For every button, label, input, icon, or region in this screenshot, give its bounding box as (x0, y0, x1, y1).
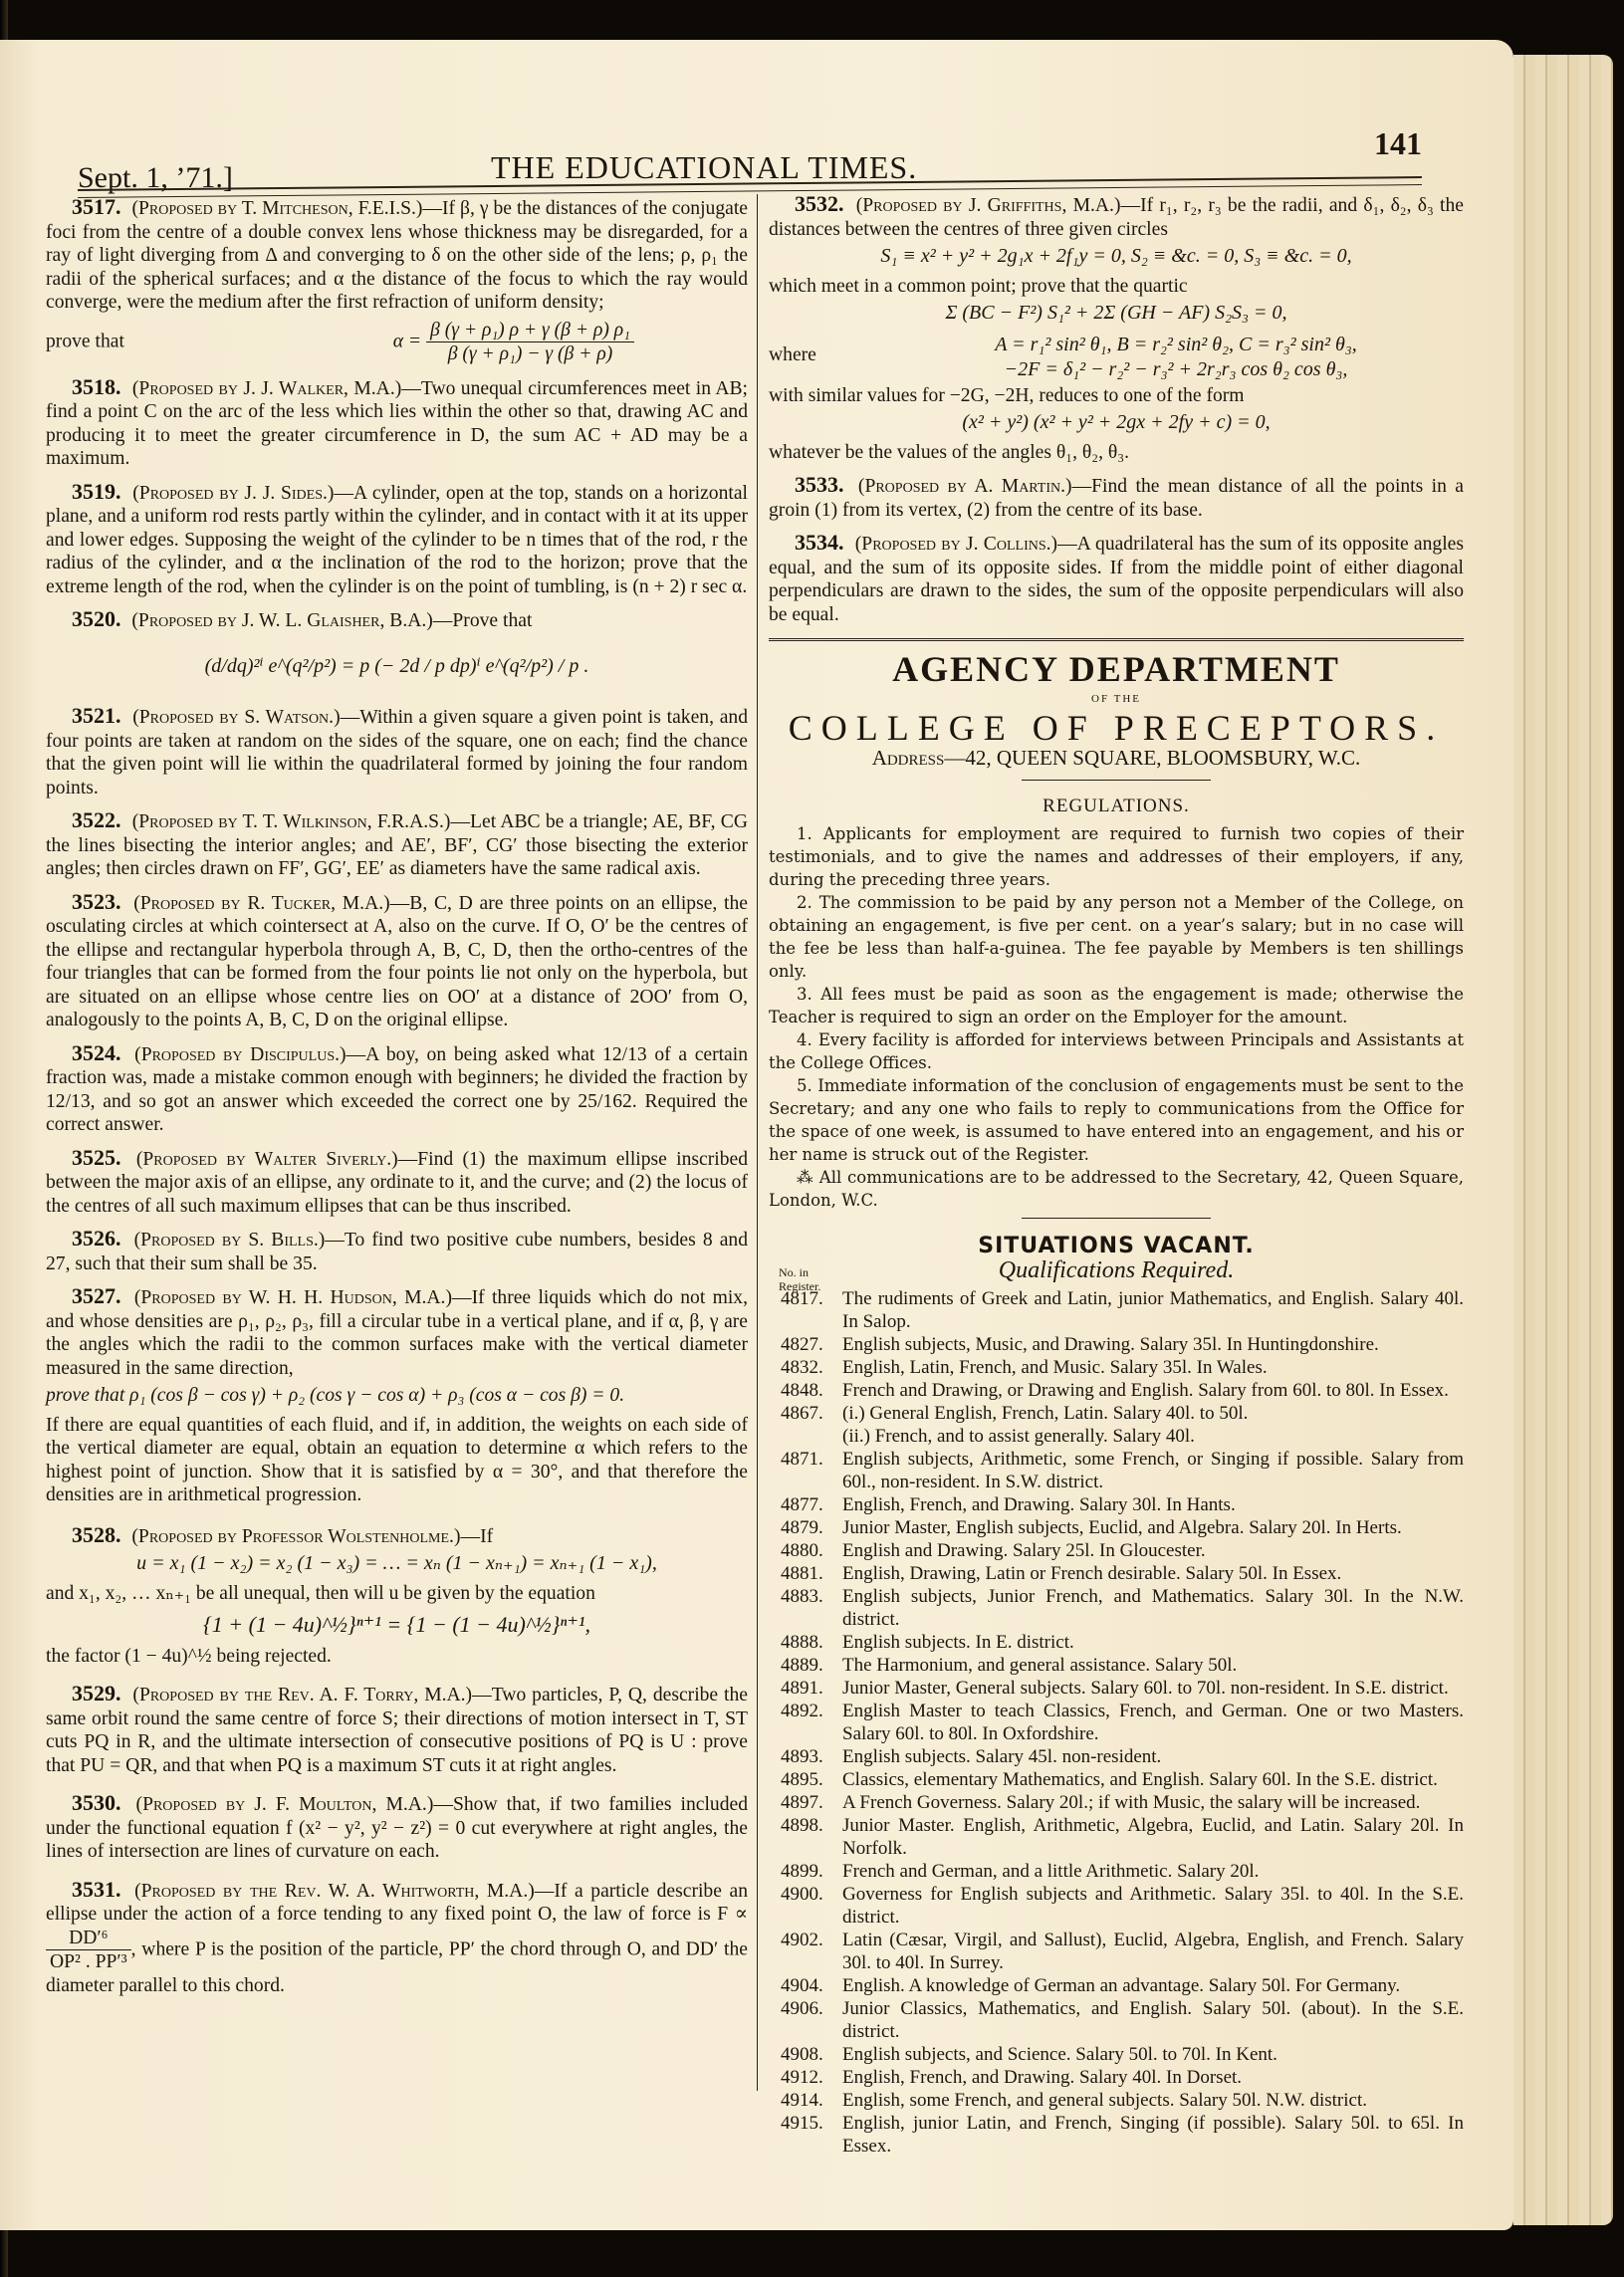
register-number: 4871. (769, 1448, 842, 1493)
problem-text: —Prove that (433, 610, 533, 631)
situation-description: Classics, elementary Mathematics, and En… (842, 1768, 1464, 1791)
register-number: 4888. (769, 1631, 842, 1654)
problem-number: 3519. (72, 479, 121, 504)
situation-text: English, junior Latin, and French, Singi… (842, 2112, 1464, 2158)
situation-row: 4914.English, some French, and general s… (769, 2089, 1464, 2112)
problem-number: 3534. (795, 530, 844, 555)
problem-3532: 3532. (Proposed by J. Griffiths, M.A.)—I… (769, 192, 1464, 464)
register-number: 4880. (769, 1539, 842, 1562)
situation-description: English subjects, Junior French, and Mat… (842, 1585, 1464, 1631)
problem-number: 3525. (72, 1145, 121, 1170)
situation-description: English, Drawing, Latin or French desira… (842, 1562, 1464, 1585)
regulation-4: 4. Every facility is afforded for interv… (769, 1028, 1464, 1074)
situation-row: 4879.Junior Master, English subjects, Eu… (769, 1516, 1464, 1539)
register-number: 4904. (769, 1974, 842, 1997)
proposer: (Proposed by Professor Wolstenholme.) (131, 1526, 460, 1547)
fraction: β (γ + ρ₁) ρ + γ (β + ρ) ρ₁ β (γ + ρ₁) −… (426, 319, 634, 366)
problem-text: —If (460, 1526, 493, 1547)
fraction-numerator: β (γ + ρ₁) ρ + γ (β + ρ) ρ₁ (426, 319, 634, 343)
situation-text: English and Drawing. Salary 25l. In Glou… (842, 1539, 1464, 1562)
situation-description: French and Drawing, or Drawing and Engli… (842, 1379, 1464, 1402)
regulation-1: 1. Applicants for employment are require… (769, 822, 1464, 891)
register-number: 4877. (769, 1493, 842, 1516)
problem-number: 3532. (795, 191, 844, 216)
page-header: Sept. 1, ’71.] THE EDUCATIONAL TIMES. 14… (78, 119, 1422, 179)
situation-row: 4877.English, French, and Drawing. Salar… (769, 1493, 1464, 1516)
situations-title: SITUATIONS VACANT. (769, 1235, 1464, 1258)
register-number: 4912. (769, 2066, 842, 2089)
regulation-2: 2. The commission to be paid by any pers… (769, 891, 1464, 983)
register-number: 4899. (769, 1860, 842, 1883)
where-block: where A = r₁² sin² θ₁, B = r₂² sin² θ₂, … (769, 332, 1464, 384)
qualifications-title: Qualifications Required. (769, 1257, 1464, 1283)
address-value: —42, QUEEN SQUARE, BLOOMSBURY, W.C. (944, 746, 1360, 770)
situation-row: 4908.English subjects, and Science. Sala… (769, 2043, 1464, 2066)
problem-3522: 3522. (Proposed by T. T. Wilkinson, F.R.… (46, 808, 748, 881)
problem-3517: 3517. (Proposed by T. Mitcheson, F.E.I.S… (46, 195, 748, 366)
situation-row: 4889.The Harmonium, and general assistan… (769, 1654, 1464, 1677)
problem-text-continued: , where P is the position of the particl… (46, 1938, 748, 1996)
problem-3528: 3528. (Proposed by Professor Wolstenholm… (46, 1523, 748, 1669)
register-label-line-1: No. in (779, 1265, 820, 1279)
situation-description: The Harmonium, and general assistance. S… (842, 1654, 1464, 1677)
register-number: 4817. (769, 1287, 842, 1333)
register-number: 4902. (769, 1929, 842, 1974)
problem-3524: 3524. (Proposed by Discipulus.)—A boy, o… (46, 1041, 748, 1137)
situation-description: English subjects. Salary 45l. non-reside… (842, 1745, 1464, 1768)
situation-description: Junior Master. English, Arithmetic, Alge… (842, 1814, 1464, 1860)
situation-description: English subjects, and Science. Salary 50… (842, 2043, 1464, 2066)
problem-text-continued: If there are equal quantities of each fl… (46, 1414, 748, 1507)
situation-description: English, Latin, French, and Music. Salar… (842, 1356, 1464, 1379)
situation-description: English Master to teach Classics, French… (842, 1700, 1464, 1745)
situation-row: 4895.Classics, elementary Mathematics, a… (769, 1768, 1464, 1791)
where-label: where (769, 332, 888, 384)
situations-vacant-section: SITUATIONS VACANT. No. in Register. Qual… (769, 1235, 1464, 2159)
situation-description: Latin (Cæsar, Virgil, and Sallust), Eucl… (842, 1929, 1464, 1974)
register-number: 4891. (769, 1677, 842, 1700)
proposer: (Proposed by the Rev. W. A. Whitworth, M… (134, 1881, 535, 1902)
problem-number: 3533. (795, 472, 844, 497)
situation-description: A French Governess. Salary 20l.; if with… (842, 1791, 1464, 1814)
situation-text: Junior Classics, Mathematics, and Englis… (842, 1997, 1464, 2043)
situation-description: English, some French, and general subjec… (842, 2089, 1464, 2112)
formula: prove that ρ₁ (cos β − cos γ) + ρ₂ (cos … (46, 1384, 748, 1408)
problem-number: 3523. (72, 889, 121, 914)
proposer: (Proposed by S. Watson.) (132, 707, 340, 728)
situation-text: (i.) General English, French, Latin. Sal… (842, 1402, 1464, 1425)
situation-text: English, French, and Drawing. Salary 40l… (842, 2066, 1464, 2089)
register-number: 4883. (769, 1585, 842, 1631)
problem-text-mid: and x₁, x₂, … xₙ₊₁ be all unequal, then … (46, 1582, 748, 1606)
situation-text: English, some French, and general subjec… (842, 2089, 1464, 2112)
situation-description: Junior Master, English subjects, Euclid,… (842, 1516, 1464, 1539)
proposer: (Proposed by Discipulus.) (134, 1044, 346, 1065)
register-number: 4892. (769, 1700, 842, 1745)
formula-lhs: α = (393, 331, 421, 351)
situation-text: Junior Master, English subjects, Euclid,… (842, 1516, 1464, 1539)
register-number: 4908. (769, 2043, 842, 2066)
fraction-numerator: DD′⁶ (46, 1927, 131, 1951)
situation-description: English subjects, Arithmetic, some Frenc… (842, 1448, 1464, 1493)
situation-text: English subjects, Arithmetic, some Frenc… (842, 1448, 1464, 1493)
communications-note: ⁂ All communications are to be addressed… (769, 1166, 1464, 1212)
problem-number: 3527. (72, 1283, 121, 1308)
situation-text: English, Drawing, Latin or French desira… (842, 1562, 1464, 1585)
register-number: 4915. (769, 2112, 842, 2158)
register-number: 4832. (769, 1356, 842, 1379)
situation-text: A French Governess. Salary 20l.; if with… (842, 1791, 1464, 1814)
short-rule (1022, 780, 1211, 781)
right-column: 3532. (Proposed by J. Griffiths, M.A.)—I… (769, 192, 1464, 2158)
problem-number: 3522. (72, 807, 121, 832)
situation-text: The rudiments of Greek and Latin, junior… (842, 1287, 1464, 1333)
register-number: 4889. (769, 1654, 842, 1677)
situation-row: 4891.Junior Master, General subjects. Sa… (769, 1677, 1464, 1700)
problem-3518: 3518. (Proposed by J. J. Walker, M.A.)—T… (46, 375, 748, 471)
register-label-line-2: Register. (779, 1279, 820, 1293)
proposer: (Proposed by W. H. H. Hudson, M.A.) (134, 1287, 452, 1308)
situation-text: English subjects. In E. district. (842, 1631, 1464, 1654)
situation-row: 4899.French and German, and a little Ari… (769, 1860, 1464, 1883)
problem-number: 3526. (72, 1226, 121, 1251)
proposer: (Proposed by Walter Siverly.) (136, 1149, 398, 1170)
situation-row: 4912.English, French, and Drawing. Salar… (769, 2066, 1464, 2089)
problem-text-continued: whatever be the values of the angles θ₁,… (769, 441, 1464, 465)
proposer: (Proposed by T. Mitcheson, F.E.I.S.) (131, 198, 422, 219)
situation-row: 4900.Governess for English subjects and … (769, 1883, 1464, 1929)
situation-text: French and German, and a little Arithmet… (842, 1860, 1464, 1883)
register-number: 4906. (769, 1997, 842, 2043)
proposer: (Proposed by J. J. Sides.) (132, 483, 334, 504)
situation-description: English subjects. In E. district. (842, 1631, 1464, 1654)
situation-text: English, Latin, French, and Music. Salar… (842, 1356, 1464, 1379)
register-number: 4867. (769, 1402, 842, 1448)
formula-lhs: F ∝ (717, 1904, 748, 1925)
proposer: (Proposed by J. F. Moulton, M.A.) (136, 1794, 434, 1815)
regulation-3: 3. All fees must be paid as soon as the … (769, 983, 1464, 1028)
formula: u = x₁ (1 − x₂) = x₂ (1 − x₃) = … = xₙ (… (46, 1552, 748, 1576)
situation-description: English, French, and Drawing. Salary 40l… (842, 2066, 1464, 2089)
problem-3529: 3529. (Proposed by the Rev. A. F. Torry,… (46, 1682, 748, 1777)
register-number: 4900. (769, 1883, 842, 1929)
formula-lead: prove that (46, 331, 124, 351)
situation-row: 4898.Junior Master. English, Arithmetic,… (769, 1814, 1464, 1860)
situation-text: Junior Master, General subjects. Salary … (842, 1677, 1464, 1700)
register-number: 4881. (769, 1562, 842, 1585)
situation-text: English subjects. Salary 45l. non-reside… (842, 1745, 1464, 1768)
register-number: 4898. (769, 1814, 842, 1860)
situation-row: 4883.English subjects, Junior French, an… (769, 1585, 1464, 1631)
left-column: 3517. (Proposed by T. Mitcheson, F.E.I.S… (46, 195, 748, 2006)
problem-text-continued: the factor (1 − 4u)^½ being rejected. (46, 1645, 748, 1669)
situation-row: 4897.A French Governess. Salary 20l.; if… (769, 1791, 1464, 1814)
formula: (d/dq)²ⁱ e^(q²/p²) = p (− 2d / p dp)ⁱ e^… (46, 655, 748, 679)
situation-description: (i.) General English, French, Latin. Sal… (842, 1402, 1464, 1448)
problem-3533: 3533. (Proposed by A. Martin.)—Find the … (769, 473, 1464, 522)
problem-3527: 3527. (Proposed by W. H. H. Hudson, M.A.… (46, 1284, 748, 1507)
column-divider (757, 194, 758, 2091)
situation-row: 4867.(i.) General English, French, Latin… (769, 1402, 1464, 1448)
situation-text: Junior Master. English, Arithmetic, Alge… (842, 1814, 1464, 1860)
problem-number: 3518. (72, 374, 121, 399)
situation-row: 4888.English subjects. In E. district. (769, 1631, 1464, 1654)
register-number: 4893. (769, 1745, 842, 1768)
problem-number: 3521. (72, 703, 121, 728)
formula: prove that α = β (γ + ρ₁) ρ + γ (β + ρ) … (46, 319, 748, 366)
formula-4: −2F = δ₁² − r₂² − r₃² + 2r₂r₃ cos θ₂ cos… (888, 358, 1464, 382)
situation-description: English, junior Latin, and French, Singi… (842, 2112, 1464, 2158)
register-column-label: No. in Register. (779, 1265, 820, 1293)
proposer: (Proposed by the Rev. A. F. Torry, M.A.) (132, 1685, 472, 1706)
problem-text-mid-2: with similar values for −2G, −2H, reduce… (769, 384, 1464, 408)
register-number: 4897. (769, 1791, 842, 1814)
situation-row: 4832.English, Latin, French, and Music. … (769, 1356, 1464, 1379)
situation-description: English and Drawing. Salary 25l. In Glou… (842, 1539, 1464, 1562)
agency-section: AGENCY DEPARTMENT OF THE COLLEGE OF PREC… (769, 658, 1464, 1219)
problem-number: 3528. (72, 1522, 121, 1547)
situation-text: Latin (Cæsar, Virgil, and Sallust), Eucl… (842, 1929, 1464, 1974)
problem-3520: 3520. (Proposed by J. W. L. Glaisher, B.… (46, 607, 748, 678)
problem-3519: 3519. (Proposed by J. J. Sides.)—A cylin… (46, 480, 748, 599)
problem-number: 3530. (72, 1790, 121, 1815)
situation-row: 4827.English subjects, Music, and Drawin… (769, 1333, 1464, 1356)
situations-list: 4817.The rudiments of Greek and Latin, j… (769, 1287, 1464, 2158)
register-number: 4827. (769, 1333, 842, 1356)
problem-3530: 3530. (Proposed by J. F. Moulton, M.A.)—… (46, 1791, 748, 1864)
register-number: 4879. (769, 1516, 842, 1539)
regulations-title: REGULATIONS. (769, 795, 1464, 818)
problem-3523: 3523. (Proposed by R. Tucker, M.A.)—B, C… (46, 890, 748, 1032)
problem-number: 3529. (72, 1681, 121, 1706)
situation-row: 4915.English, junior Latin, and French, … (769, 2112, 1464, 2158)
publication-title: THE EDUCATIONAL TIMES. (491, 149, 917, 186)
situation-text: English. A knowledge of German an advant… (842, 1974, 1464, 1997)
proposer: (Proposed by T. T. Wilkinson, F.R.A.S.) (132, 811, 451, 832)
situation-text-secondary: (ii.) French, and to assist generally. S… (842, 1425, 1464, 1448)
fraction-denominator: OP² . PP′³ (46, 1950, 131, 1974)
situation-text: English subjects, Junior French, and Mat… (842, 1585, 1464, 1631)
problem-number: 3531. (72, 1877, 121, 1902)
situation-row: 4892.English Master to teach Classics, F… (769, 1700, 1464, 1745)
fraction: DD′⁶ OP² . PP′³ (46, 1927, 131, 1974)
problem-number: 3524. (72, 1040, 121, 1065)
register-number: 4848. (769, 1379, 842, 1402)
situation-row: 4871.English subjects, Arithmetic, some … (769, 1448, 1464, 1493)
formula-2: Σ (BC − F²) S₁² + 2Σ (GH − AF) S₂S₃ = 0, (769, 302, 1464, 326)
regulation-5: 5. Immediate information of the conclusi… (769, 1074, 1464, 1166)
qualifications-header: No. in Register. Qualifications Required… (769, 1257, 1464, 1287)
short-rule (1022, 1218, 1211, 1219)
situation-description: French and German, and a little Arithmet… (842, 1860, 1464, 1883)
agency-title: AGENCY DEPARTMENT (769, 658, 1464, 682)
page-number: 141 (1374, 125, 1422, 162)
situation-text: English subjects, and Science. Salary 50… (842, 2043, 1464, 2066)
situation-text: Governess for English subjects and Arith… (842, 1883, 1464, 1929)
situation-row: 4906.Junior Classics, Mathematics, and E… (769, 1997, 1464, 2043)
proposer: (Proposed by J. W. L. Glaisher, B.A.) (131, 610, 432, 631)
situation-row: 4848.French and Drawing, or Drawing and … (769, 1379, 1464, 1402)
situation-description: English. A knowledge of German an advant… (842, 1974, 1464, 1997)
situation-text: The Harmonium, and general assistance. S… (842, 1654, 1464, 1677)
situation-description: Junior Master, General subjects. Salary … (842, 1677, 1464, 1700)
agency-address: Address—42, QUEEN SQUARE, BLOOMSBURY, W.… (769, 747, 1464, 771)
situation-row: 4817.The rudiments of Greek and Latin, j… (769, 1287, 1464, 1333)
page-edges (1513, 55, 1613, 2225)
register-number: 4914. (769, 2089, 842, 2112)
proposer: (Proposed by A. Martin.) (858, 476, 1072, 497)
problem-3534: 3534. (Proposed by J. Collins.)—A quadri… (769, 531, 1464, 626)
situation-row: 4904.English. A knowledge of German an a… (769, 1974, 1464, 1997)
situation-row: 4880.English and Drawing. Salary 25l. In… (769, 1539, 1464, 1562)
situation-text: English subjects, Music, and Drawing. Sa… (842, 1333, 1464, 1356)
register-number: 4895. (769, 1768, 842, 1791)
formula-3: A = r₁² sin² θ₁, B = r₂² sin² θ₂, C = r₃… (888, 334, 1464, 357)
fraction-denominator: β (γ + ρ₁) − γ (β + ρ) (426, 342, 634, 366)
formula-5: (x² + y²) (x² + y² + 2gx + 2fy + c) = 0, (769, 411, 1464, 435)
situation-description: English, French, and Drawing. Salary 30l… (842, 1493, 1464, 1516)
address-label: Address (872, 746, 945, 770)
situation-description: The rudiments of Greek and Latin, junior… (842, 1287, 1464, 1333)
situation-description: Governess for English subjects and Arith… (842, 1883, 1464, 1929)
situation-text: English, French, and Drawing. Salary 30l… (842, 1493, 1464, 1516)
situation-text: English Master to teach Classics, French… (842, 1700, 1464, 1745)
proposer: (Proposed by J. Collins.) (855, 534, 1057, 555)
situation-text: Classics, elementary Mathematics, and En… (842, 1768, 1464, 1791)
problem-number: 3520. (72, 606, 121, 631)
problem-3526: 3526. (Proposed by S. Bills.)—To find tw… (46, 1227, 748, 1275)
proposer: (Proposed by S. Bills.) (134, 1230, 326, 1251)
proposer: (Proposed by J. Griffiths, M.A.) (856, 195, 1121, 216)
situation-description: English subjects, Music, and Drawing. Sa… (842, 1333, 1464, 1356)
situation-row: 4902.Latin (Cæsar, Virgil, and Sallust),… (769, 1929, 1464, 1974)
section-double-rule (769, 638, 1464, 644)
situation-description: Junior Classics, Mathematics, and Englis… (842, 1997, 1464, 2043)
problem-3531: 3531. (Proposed by the Rev. W. A. Whitwo… (46, 1878, 748, 1998)
proposer: (Proposed by J. J. Walker, M.A.) (132, 378, 401, 399)
problem-3525: 3525. (Proposed by Walter Siverly.)—Find… (46, 1146, 748, 1219)
situation-text: French and Drawing, or Drawing and Engli… (842, 1379, 1464, 1402)
situation-row: 4893.English subjects. Salary 45l. non-r… (769, 1745, 1464, 1768)
problem-text-mid: which meet in a common point; prove that… (769, 275, 1464, 299)
problem-number: 3517. (72, 194, 121, 219)
situation-row: 4881.English, Drawing, Latin or French d… (769, 1562, 1464, 1585)
proposer: (Proposed by R. Tucker, M.A.) (133, 893, 389, 914)
formula-2: {1 + (1 − 4u)^½}ⁿ⁺¹ = {1 − (1 − 4u)^½}ⁿ⁺… (46, 1613, 748, 1637)
formula-1: S₁ ≡ x² + y² + 2g₁x + 2f₁y = 0, S₂ ≡ &c.… (769, 245, 1464, 269)
problem-3521: 3521. (Proposed by S. Watson.)—Within a … (46, 704, 748, 799)
college-name: COLLEGE OF PRECEPTORS. (769, 717, 1464, 741)
